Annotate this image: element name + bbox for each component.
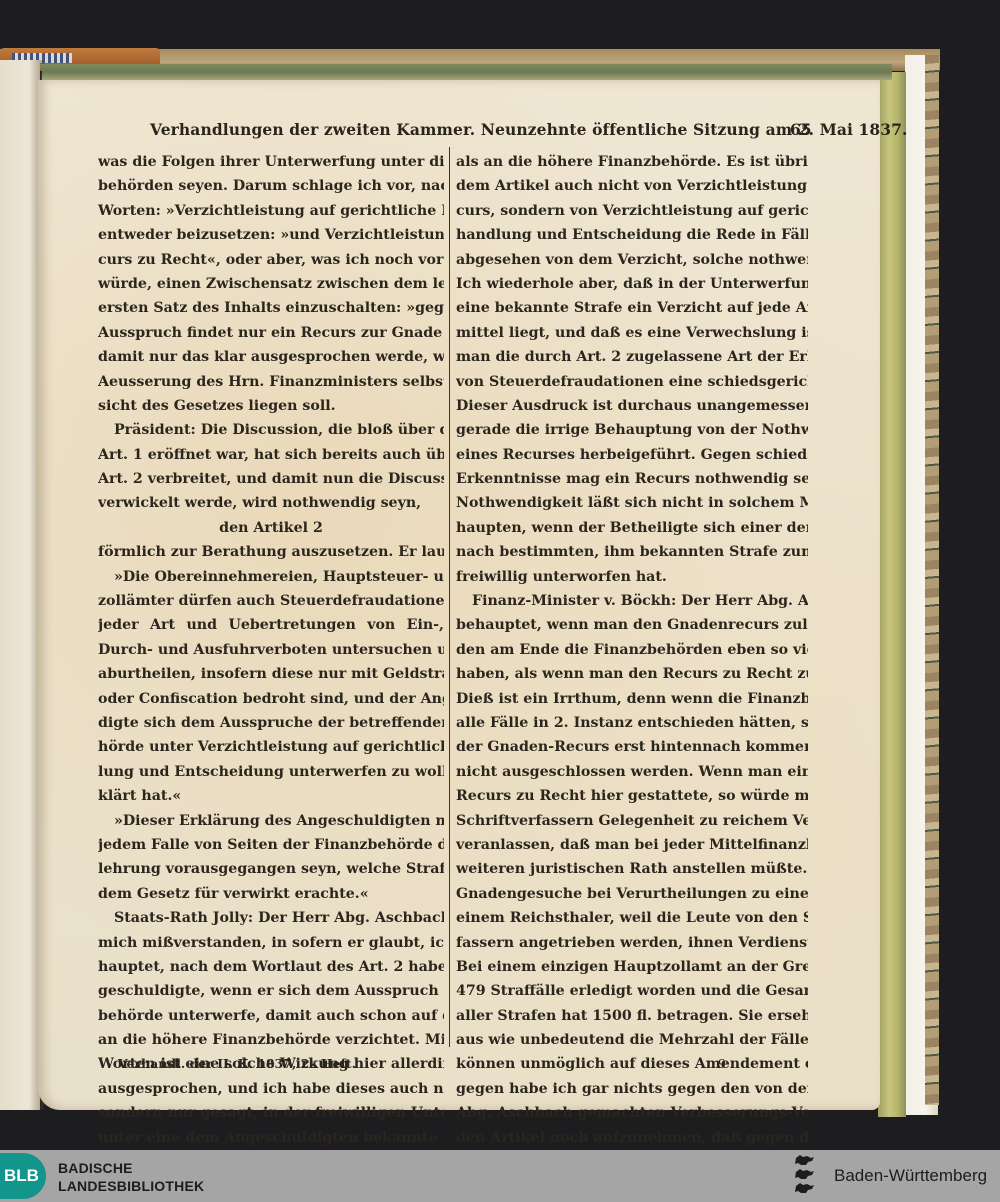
text-line: verwickelt werde, wird nothwendig seyn, xyxy=(98,491,444,515)
baden-wuerttemberg-lions-icon[interactable] xyxy=(790,1154,822,1198)
text-line: digte sich dem Ausspruche der betreffend… xyxy=(98,711,444,735)
text-line: sicht des Gesetzes liegen soll. xyxy=(98,394,444,418)
right-column: als an die höhere Finanzbehörde. Es ist … xyxy=(456,150,808,1174)
library-name-line2: LANDESBIBLIOTHEK xyxy=(58,1177,204,1195)
text-line: gegen habe ich gar nichts gegen den von … xyxy=(456,1077,808,1101)
page-number: 65 xyxy=(790,120,812,139)
text-line: Staats-Rath Jolly: Der Herr Abg. Aschbac… xyxy=(98,906,444,930)
text-line: Durch- und Ausfuhrverboten untersuchen u… xyxy=(98,638,444,662)
text-line: zollämter dürfen auch Steuerdefraudation… xyxy=(98,589,444,613)
text-line: handlung und Entscheidung die Rede in Fä… xyxy=(456,223,808,247)
text-line: damit nur das klar ausgesprochen werde, … xyxy=(98,345,444,369)
text-line: eine bekannte Strafe ein Verzicht auf je… xyxy=(456,296,808,320)
text-line: ersten Satz des Inhalts einzuschalten: »… xyxy=(98,296,444,320)
text-line: Erkenntnisse mag ein Recurs nothwendig s… xyxy=(456,467,808,491)
text-line: klärt hat.« xyxy=(98,784,444,808)
text-line: alle Fälle in 2. Instanz entschieden hät… xyxy=(456,711,808,735)
column-divider xyxy=(449,147,450,1047)
text-line: nach bestimmten, ihm bekannten Strafe zu… xyxy=(456,540,808,564)
text-line: curs zu Recht«, oder aber, was ich noch … xyxy=(98,248,444,272)
text-line: Präsident: Die Discussion, die bloß über… xyxy=(98,418,444,442)
text-line: jeder Art und Uebertretungen von Ein-, xyxy=(98,613,444,637)
text-line: aller Strafen hat 1500 fl. betragen. Sie… xyxy=(456,1004,808,1028)
text-line: den am Ende die Finanzbehörden eben so v… xyxy=(456,638,808,662)
running-head: Verhandlungen der zweiten Kammer. Neunze… xyxy=(150,120,710,139)
text-line: sondern nur gesagt, in der freiwilligen … xyxy=(98,1101,444,1125)
text-line: förmlich zur Berathung auszusetzen. Er l… xyxy=(98,540,444,564)
text-line: haben, als wenn man den Recurs zu Recht … xyxy=(456,662,808,686)
text-line: Ausspruch findet nur ein Recurs zur Gnad… xyxy=(98,321,444,345)
text-line: lehrung vorausgegangen seyn, welche Stra… xyxy=(98,857,444,881)
text-line: freiwillig unterworfen hat. xyxy=(456,565,808,589)
text-line: curs, sondern von Verzichtleistung auf g… xyxy=(456,199,808,223)
text-line: Art. 2 verbreitet, und damit nun die Dis… xyxy=(98,467,444,491)
text-line: veranlassen, daß man bei jeder Mittelfin… xyxy=(456,833,808,857)
text-line: 479 Straffälle erledigt worden und die G… xyxy=(456,979,808,1003)
text-line: dem Gesetz für verwirkt erachte.« xyxy=(98,882,444,906)
state-name[interactable]: Baden-Württemberg xyxy=(834,1166,987,1186)
text-line: ausgesprochen, und ich habe dieses auch … xyxy=(98,1077,444,1101)
text-line: Bei einem einzigen Hauptzollamt an der G… xyxy=(456,955,808,979)
footer-signature: Verhandl. der II. K. 1837, 2s Heft. xyxy=(118,1056,356,1071)
text-line: lung und Entscheidung unterwerfen zu wol… xyxy=(98,760,444,784)
text-line: unter eine dem Angeschuldigten bekannte … xyxy=(98,1126,444,1150)
text-line: Gnadengesuche bei Verurtheilungen zu ein… xyxy=(456,882,808,906)
text-line: jedem Falle von Seiten der Finanzbehörde… xyxy=(98,833,444,857)
text-line: oder Confiscation bedroht sind, und der … xyxy=(98,687,444,711)
text-line: »Die Obereinnehmereien, Hauptsteuer- und… xyxy=(98,565,444,589)
text-line: dem Artikel auch nicht von Verzichtleist… xyxy=(456,174,808,198)
text-line: aburtheilen, insofern diese nur mit Geld… xyxy=(98,662,444,686)
text-line: man die durch Art. 2 zugelassene Art der… xyxy=(456,345,808,369)
text-line: haupten, wenn der Betheiligte sich einer… xyxy=(456,516,808,540)
text-line: Abg. Aschbach gemachten Verbesserungs-Vo… xyxy=(456,1101,808,1125)
text-line: abgesehen von dem Verzicht, solche nothw… xyxy=(456,248,808,272)
text-line: aus wie unbedeutend die Mehrzahl der Fäl… xyxy=(456,1028,808,1052)
text-line: geschuldigte, wenn er sich dem Ausspruch… xyxy=(98,979,444,1003)
text-line: behörde unterwerfe, damit auch schon auf… xyxy=(98,1004,444,1028)
text-line: Schriftverfassern Gelegenheit zu reichem… xyxy=(456,809,808,833)
footer-sheet-number: 9 xyxy=(718,1056,726,1071)
library-name-line1: BADISCHE xyxy=(58,1159,204,1177)
text-line: Aeusserung des Hrn. Finanzministers selb… xyxy=(98,370,444,394)
text-line: entweder beizusetzen: »und Verzichtleist… xyxy=(98,223,444,247)
left-column: was die Folgen ihrer Unterwerfung unter … xyxy=(98,150,444,1174)
page-block-edge-right xyxy=(878,72,906,1117)
library-name[interactable]: BADISCHE LANDESBIBLIOTHEK xyxy=(58,1159,204,1195)
text-line: hauptet, nach dem Wortlaut des Art. 2 ha… xyxy=(98,955,444,979)
text-line: gerade die irrige Behauptung von der Not… xyxy=(456,418,808,442)
text-line: Dieß ist ein Irrthum, denn wenn die Fina… xyxy=(456,687,808,711)
text-line: Recurs zu Recht hier gestattete, so würd… xyxy=(456,784,808,808)
text-line: mich mißverstanden, in sofern er glaubt,… xyxy=(98,931,444,955)
page-block-edge-top xyxy=(42,64,893,80)
blb-logo[interactable]: BLB xyxy=(0,1153,46,1199)
text-line: behauptet, wenn man den Gnadenrecurs zul… xyxy=(456,613,808,637)
text-line: von Steuerdefraudationen eine schiedsger… xyxy=(456,370,808,394)
text-line: Dieser Ausdruck ist durchaus unangemesse… xyxy=(456,394,808,418)
text-line: was die Folgen ihrer Unterwerfung unter … xyxy=(98,150,444,174)
text-line: Worten: »Verzichtleistung auf gerichtlic… xyxy=(98,199,444,223)
text-line: würde, einen Zwischensatz zwischen dem l… xyxy=(98,272,444,296)
text-line: behörden seyen. Darum schlage ich vor, n… xyxy=(98,174,444,198)
marbled-cover-edge xyxy=(925,55,939,1105)
text-line: »Dieser Erklärung des Angeschuldigten mu… xyxy=(98,809,444,833)
text-line: Finanz-Minister v. Böckh: Der Herr Abg. … xyxy=(456,589,808,613)
text-line: den Artikel noch aufzunehmen, daß gegen … xyxy=(456,1126,808,1150)
text-line: als an die höhere Finanzbehörde. Es ist … xyxy=(456,150,808,174)
text-line: Nothwendigkeit läßt sich nicht in solche… xyxy=(456,491,808,515)
text-line: weiteren juristischen Rath anstellen müß… xyxy=(456,857,808,881)
text-line: den Artikel 2 xyxy=(98,516,444,540)
text-line: fassern angetrieben werden, ihnen Verdie… xyxy=(456,931,808,955)
text-line: Ich wiederhole aber, daß in der Unterwer… xyxy=(456,272,808,296)
text-line: hörde unter Verzichtleistung auf gericht… xyxy=(98,735,444,759)
text-line: Art. 1 eröffnet war, hat sich bereits au… xyxy=(98,443,444,467)
text-line: mittel liegt, und daß es eine Verwechslu… xyxy=(456,321,808,345)
text-line: eines Recurses herbeigeführt. Gegen schi… xyxy=(456,443,808,467)
text-line: an die höhere Finanzbehörde verzichtet. … xyxy=(98,1028,444,1052)
text-line: einem Reichsthaler, weil die Leute von d… xyxy=(456,906,808,930)
text-line: nicht ausgeschlossen werden. Wenn man ei… xyxy=(456,760,808,784)
text-line: können unmöglich auf dieses Amendement e… xyxy=(456,1052,808,1076)
text-line: der Gnaden-Recurs erst hintennach kommen… xyxy=(456,735,808,759)
